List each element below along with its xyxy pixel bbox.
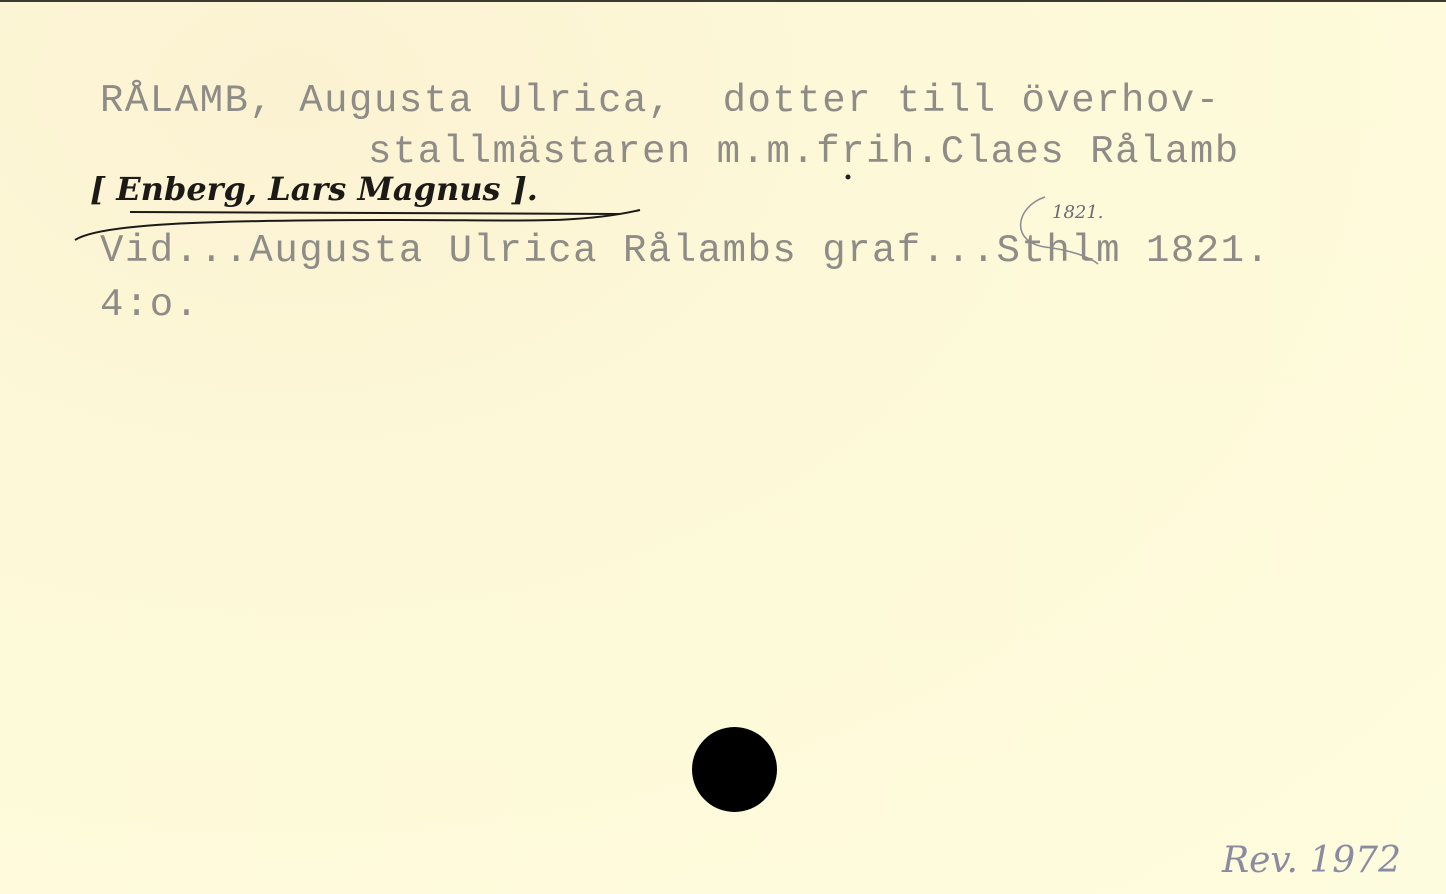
handwritten-revision-note: Rev. 1972: [1222, 840, 1401, 881]
handwritten-date-note: 1821.: [1052, 202, 1104, 223]
title-line: Vid...Augusta Ulrica Rålambs graf...Sthl…: [100, 232, 1270, 271]
format-line: 4:o.: [100, 286, 200, 325]
catalog-card: RÅLAMB, Augusta Ulrica, dotter till över…: [0, 0, 1446, 894]
punch-hole: [692, 727, 777, 812]
